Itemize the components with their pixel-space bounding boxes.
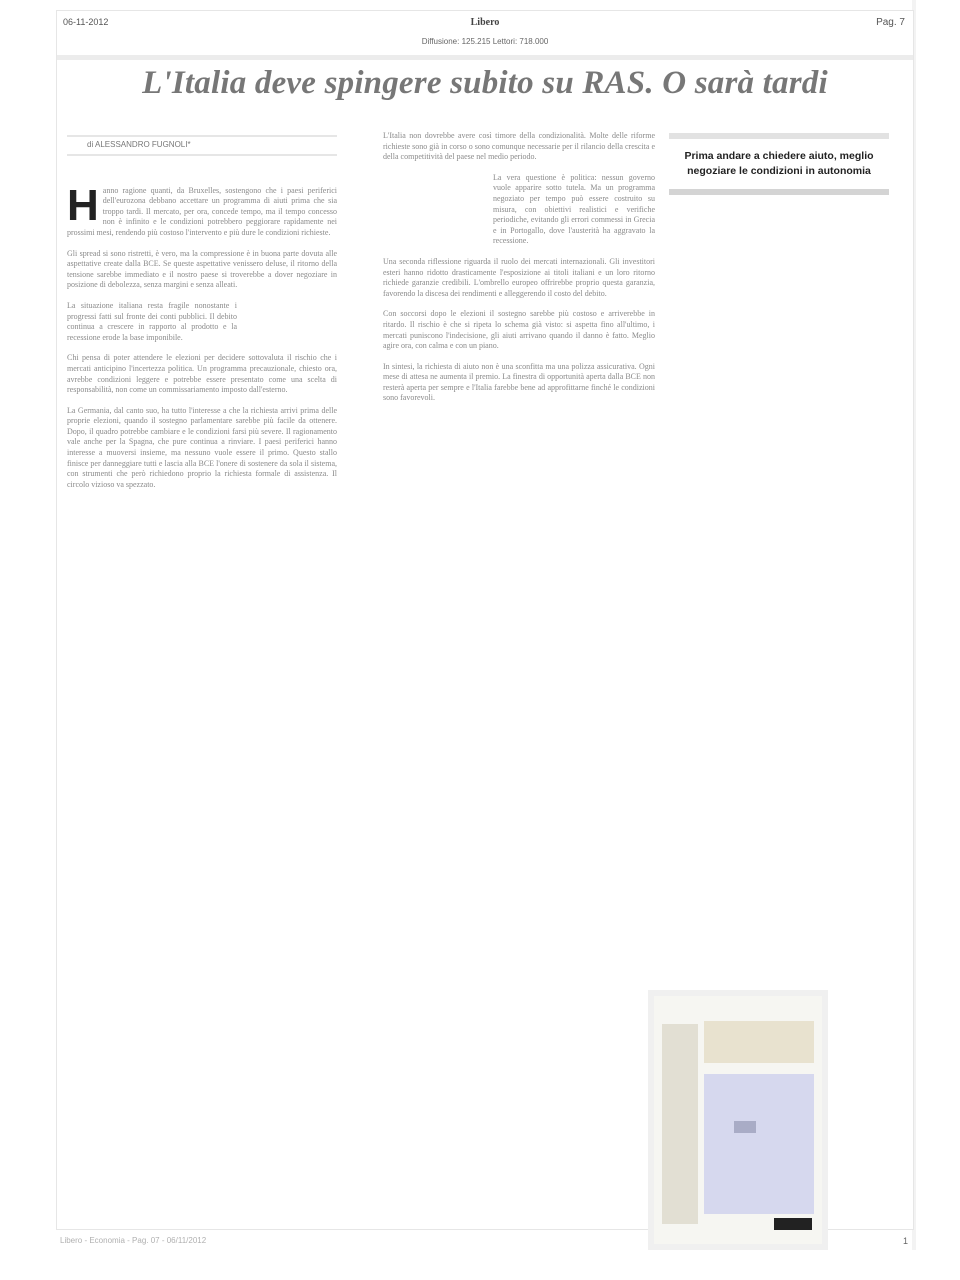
thumbnail-highlight xyxy=(704,1074,814,1214)
page-header: 06-11-2012 Libero Diffusione: 125.215 Le… xyxy=(57,11,913,57)
paragraph: Gli spread si sono ristretti, è vero, ma… xyxy=(67,249,337,291)
circulation-info: Diffusione: 125.215 Lettori: 718.000 xyxy=(57,37,913,46)
byline: di ALESSANDRO FUGNOLI* xyxy=(67,135,337,156)
paragraph: La situazione italiana resta fragile non… xyxy=(67,301,237,343)
sidebar: Prima andare a chiedere aiuto, meglio ne… xyxy=(669,133,889,195)
drop-cap: H xyxy=(67,188,99,224)
paragraph: La Germania, dal canto suo, ha tutto l'i… xyxy=(67,406,337,491)
pull-quote: Prima andare a chiedere aiuto, meglio ne… xyxy=(669,133,889,195)
paragraph: La vera questione è politica: nessun gov… xyxy=(493,173,655,247)
page-thumbnail[interactable] xyxy=(648,990,828,1250)
paragraph: Con soccorsi dopo le elezioni il sostegn… xyxy=(383,309,655,351)
thumbnail-marker xyxy=(734,1121,756,1133)
footer-source: Libero - Economia - Pag. 07 - 06/11/2012 xyxy=(60,1236,206,1245)
paragraph: In sintesi, la richiesta di aiuto non è … xyxy=(383,362,655,404)
header-divider xyxy=(57,55,913,60)
paragraph: Chi pensa di poter attendere le elezioni… xyxy=(67,353,337,395)
masthead: Libero xyxy=(57,17,913,28)
paragraph: Una seconda riflessione riguarda il ruol… xyxy=(383,257,655,299)
paragraph: L'Italia non dovrebbe avere così timore … xyxy=(383,131,655,163)
page-marker: 1 xyxy=(903,1236,908,1246)
thumbnail-block xyxy=(704,1021,814,1063)
page-number: Pag. 7 xyxy=(876,17,905,28)
article-headline: L'Italia deve spingere subito su RAS. O … xyxy=(77,65,893,102)
article-column-left: di ALESSANDRO FUGNOLI* Hanno ragione qua… xyxy=(67,135,337,500)
article-column-middle: L'Italia non dovrebbe avere così timore … xyxy=(383,131,655,414)
thumbnail-logo xyxy=(774,1218,812,1230)
paragraph: Hanno ragione quanti, da Bruxelles, sost… xyxy=(67,186,337,239)
thumbnail-column xyxy=(662,1024,698,1224)
